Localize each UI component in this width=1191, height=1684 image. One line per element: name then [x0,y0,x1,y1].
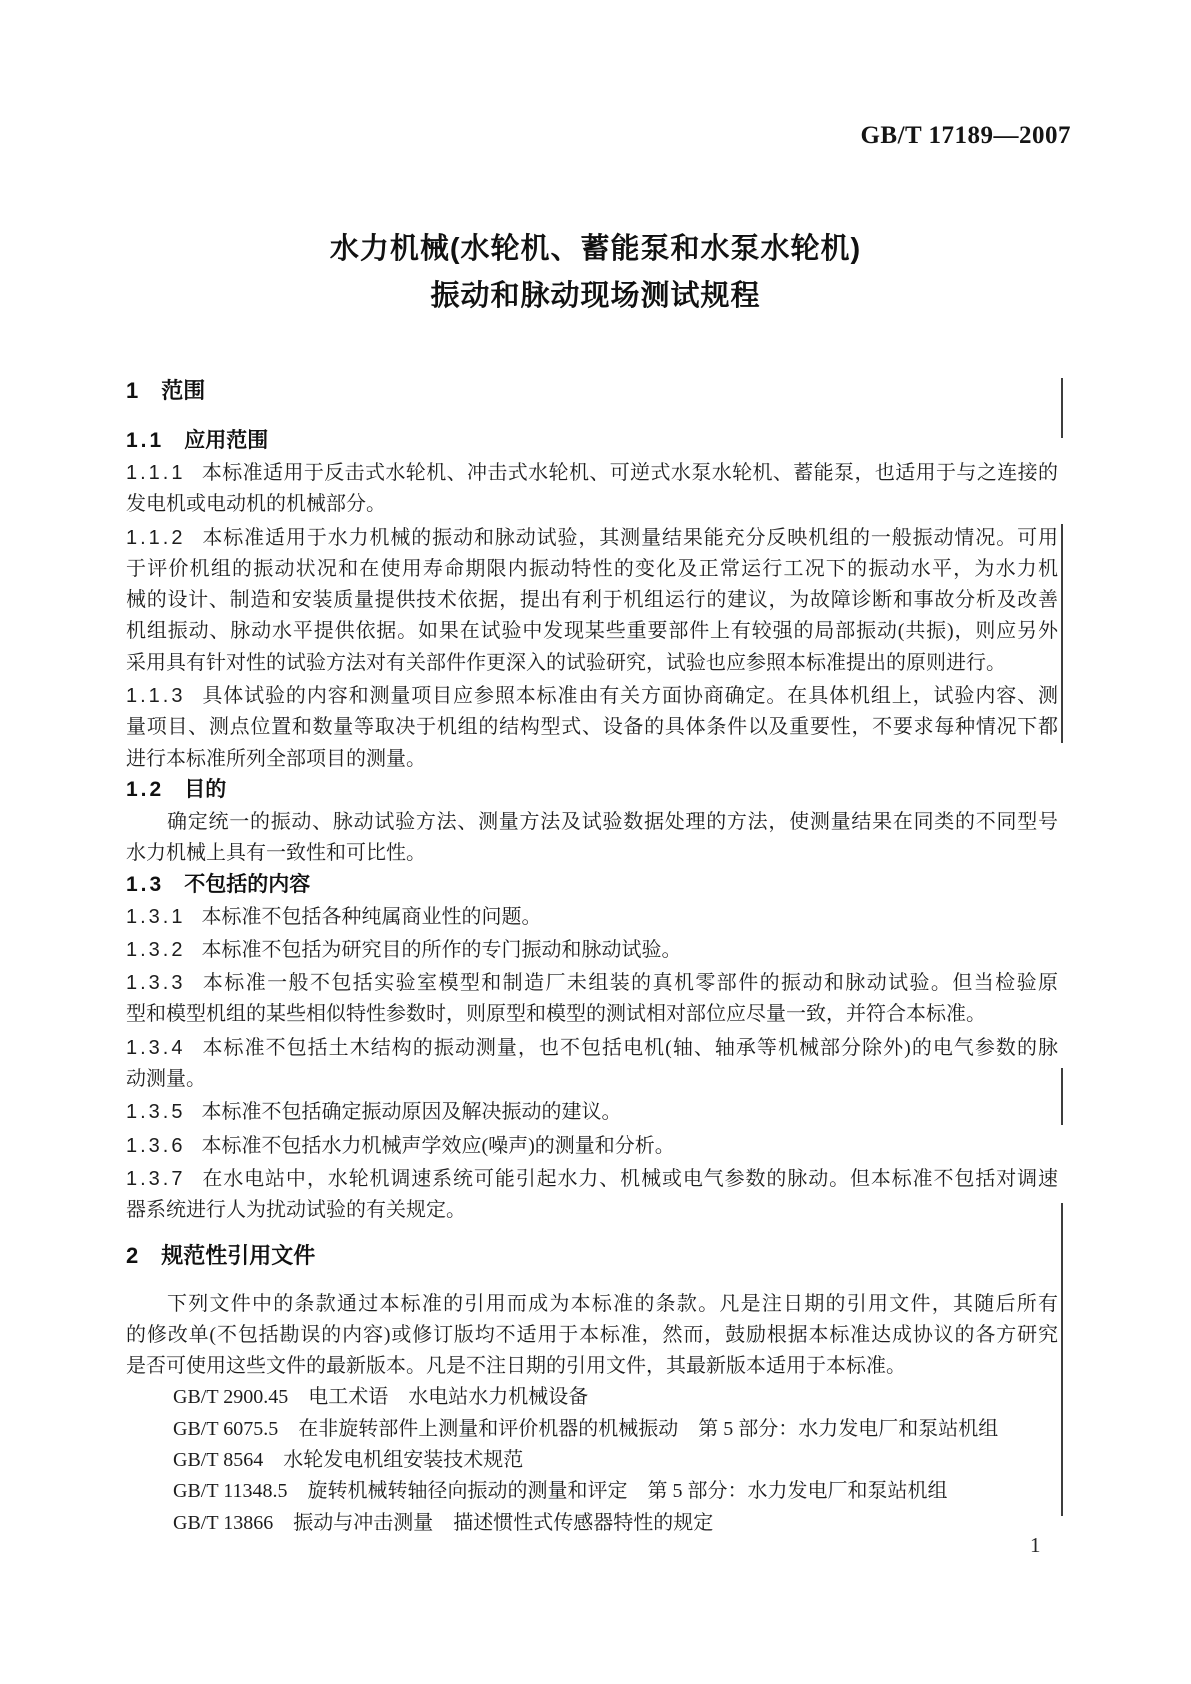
text-line: 1.3.3本标准一般不包括实验室模型和制造厂未组装的真机零部件的振动和脉动试验。… [126,968,1058,999]
text-line: 动测量。 [126,1064,1058,1095]
clause-block: 1.1.1本标准适用于反击式水轮机、冲击式水轮机、可逆式水泵水轮机、蓄能泵，也适… [126,458,1058,521]
heading-number: 2 [126,1243,141,1268]
clause-number: 1.3.2 [126,939,185,961]
page-edge-line [1061,524,1063,743]
content-column: 1范围1.1应用范围1.1.1本标准适用于反击式水轮机、冲击式水轮机、可逆式水泵… [126,374,1058,1539]
clause-number: 1.1.1 [126,462,185,484]
section-heading: 1.3不包括的内容 [126,870,1058,900]
section-heading: 1.1应用范围 [126,426,1058,456]
clause-block: 1.3.6本标准不包括水力机械声学效应(噪声)的测量和分析。 [126,1131,1058,1162]
text-line: 1.1.1本标准适用于反击式水轮机、冲击式水轮机、可逆式水泵水轮机、蓄能泵，也适… [126,458,1058,489]
text-line: 1.3.7在水电站中，水轮机调速系统可能引起水力、机械或电气参数的脉动。但本标准… [126,1164,1058,1195]
paragraph-block: 下列文件中的条款通过本标准的引用而成为本标准的条款。凡是注日期的引用文件，其随后… [126,1289,1058,1383]
document-title: 水力机械(水轮机、蓄能泵和水泵水轮机) 振动和脉动现场测试规程 [0,226,1191,320]
reference-line: GB/T 6075.5 在非旋转部件上测量和评价机器的机械振动 第 5 部分：水… [126,1414,1058,1445]
text-line: 1.1.3具体试验的内容和测量项目应参照本标准由有关方面协商确定。在具体机组上，… [126,681,1058,712]
heading-label: 应用范围 [184,429,268,452]
text-line: 1.1.2本标准适用于水力机械的振动和脉动试验，其测量结果能充分反映机组的一般振… [126,523,1058,554]
clause-block: 1.3.4本标准不包括土木结构的振动测量，也不包括电机(轴、轴承等机械部分除外)… [126,1033,1058,1096]
heading-number: 1 [126,378,141,403]
clause-number: 1.1.3 [126,685,185,707]
clause-text: 具体试验的内容和测量项目应参照本标准由有关方面协商确定。在具体机组上，试验内容、… [201,685,1058,707]
document-title-line2: 振动和脉动现场测试规程 [0,273,1191,320]
reference-entry: GB/T 11348.5 旋转机械转轴径向振动的测量和评定 第 5 部分：水力发… [126,1476,1058,1507]
text-line: 发电机或电动机的机械部分。 [126,489,1058,520]
text-line: 下列文件中的条款通过本标准的引用而成为本标准的条款。凡是注日期的引用文件，其随后… [126,1289,1058,1320]
text-line: 1.3.4本标准不包括土木结构的振动测量，也不包括电机(轴、轴承等机械部分除外)… [126,1033,1058,1064]
document-page: GB/T 17189—2007 水力机械(水轮机、蓄能泵和水泵水轮机) 振动和脉… [0,0,1191,1684]
clause-number: 1.3.1 [126,906,185,928]
text-line: 于评价机组的振动状况和在使用寿命期限内振动特性的变化及正常运行工况下的振动水平，… [126,554,1058,585]
text-line: 确定统一的振动、脉动试验方法、测量方法及试验数据处理的方法，使测量结果在同类的不… [126,807,1058,838]
text-line: 是否可使用这些文件的最新版本。凡是不注日期的引用文件，其最新版本适用于本标准。 [126,1351,1058,1382]
heading-number: 1.3 [126,873,164,896]
clause-block: 1.1.3具体试验的内容和测量项目应参照本标准由有关方面协商确定。在具体机组上，… [126,681,1058,775]
clause-number: 1.3.3 [126,972,185,994]
text-line: 器系统进行人为扰动试验的有关规定。 [126,1195,1058,1226]
page-number: 1 [1030,1533,1041,1558]
section-heading: 1范围 [126,374,1058,408]
page-edge-line [1061,378,1063,438]
reference-entry: GB/T 6075.5 在非旋转部件上测量和评价机器的机械振动 第 5 部分：水… [126,1414,1058,1445]
clause-text: 本标准不包括确定振动原因及解决振动的建议。 [201,1101,621,1123]
clause-text: 本标准一般不包括实验室模型和制造厂未组装的真机零部件的振动和脉动试验。但当检验原 [201,972,1058,994]
section-heading: 2规范性引用文件 [126,1239,1058,1273]
text-line: 机组振动、脉动水平提供依据。如果在试验中发现某些重要部件上有较强的局部振动(共振… [126,616,1058,647]
clause-text: 本标准不包括水力机械声学效应(噪声)的测量和分析。 [201,1135,674,1157]
text-line: 水力机械上具有一致性和可比性。 [126,838,1058,869]
text-line: 1.3.2本标准不包括为研究目的所作的专门振动和脉动试验。 [126,935,1058,966]
text-line: 进行本标准所列全部项目的测量。 [126,744,1058,775]
clause-text: 在水电站中，水轮机调速系统可能引起水力、机械或电气参数的脉动。但本标准不包括对调… [201,1168,1058,1190]
clause-text: 本标准不包括土木结构的振动测量，也不包括电机(轴、轴承等机械部分除外)的电气参数… [201,1037,1058,1059]
reference-line: GB/T 2900.45 电工术语 水电站水力机械设备 [126,1382,1058,1413]
clause-text: 本标准适用于水力机械的振动和脉动试验，其测量结果能充分反映机组的一般振动情况。可… [201,527,1058,549]
clause-number: 1.1.2 [126,527,185,549]
heading-number: 1.1 [126,429,164,452]
reference-entry: GB/T 8564 水轮发电机组安装技术规范 [126,1445,1058,1476]
reference-line: GB/T 11348.5 旋转机械转轴径向振动的测量和评定 第 5 部分：水力发… [126,1476,1058,1507]
text-line: 采用具有针对性的试验方法对有关部件作更深入的试验研究，试验也应参照本标准提出的原… [126,648,1058,679]
clause-number: 1.3.4 [126,1037,185,1059]
clause-block: 1.1.2本标准适用于水力机械的振动和脉动试验，其测量结果能充分反映机组的一般振… [126,523,1058,679]
heading-label: 范围 [161,378,205,403]
reference-line: GB/T 8564 水轮发电机组安装技术规范 [126,1445,1058,1476]
document-title-line1: 水力机械(水轮机、蓄能泵和水泵水轮机) [0,226,1191,273]
text-line: 1.3.6本标准不包括水力机械声学效应(噪声)的测量和分析。 [126,1131,1058,1162]
text-line: 1.3.1本标准不包括各种纯属商业性的问题。 [126,902,1058,933]
clause-number: 1.3.7 [126,1168,185,1190]
clause-text: 本标准不包括为研究目的所作的专门振动和脉动试验。 [201,939,681,961]
heading-label: 目的 [184,778,226,801]
clause-block: 1.3.3本标准一般不包括实验室模型和制造厂未组装的真机零部件的振动和脉动试验。… [126,968,1058,1031]
text-line: 械的设计、制造和安装质量提供技术依据，提出有利于机组运行的建议，为故障诊断和事故… [126,585,1058,616]
clause-block: 1.3.7在水电站中，水轮机调速系统可能引起水力、机械或电气参数的脉动。但本标准… [126,1164,1058,1227]
page-edge-line [1061,1203,1063,1516]
text-line: 型和模型机组的某些相似特性参数时，则原型和模型的测试相对部位应尽量一致，并符合本… [126,999,1058,1030]
clause-number: 1.3.6 [126,1135,185,1157]
reference-entry: GB/T 2900.45 电工术语 水电站水力机械设备 [126,1382,1058,1413]
clause-number: 1.3.5 [126,1101,185,1123]
reference-line: GB/T 13866 振动与冲击测量 描述惯性式传感器特性的规定 [126,1508,1058,1539]
heading-number: 1.2 [126,778,164,801]
clause-text: 本标准不包括各种纯属商业性的问题。 [201,906,541,928]
clause-block: 1.3.1本标准不包括各种纯属商业性的问题。 [126,902,1058,933]
text-line: 1.3.5本标准不包括确定振动原因及解决振动的建议。 [126,1097,1058,1128]
heading-label: 不包括的内容 [184,873,310,896]
heading-label: 规范性引用文件 [161,1243,315,1268]
text-line: 量项目、测点位置和数量等取决于机组的结构型式、设备的具体条件以及重要性，不要求每… [126,712,1058,743]
clause-block: 1.3.2本标准不包括为研究目的所作的专门振动和脉动试验。 [126,935,1058,966]
clause-text: 本标准适用于反击式水轮机、冲击式水轮机、可逆式水泵水轮机、蓄能泵，也适用于与之连… [201,462,1058,484]
section-heading: 1.2目的 [126,775,1058,805]
standard-code-header: GB/T 17189—2007 [860,122,1071,150]
reference-entry: GB/T 13866 振动与冲击测量 描述惯性式传感器特性的规定 [126,1508,1058,1539]
clause-block: 1.3.5本标准不包括确定振动原因及解决振动的建议。 [126,1097,1058,1128]
paragraph-block: 确定统一的振动、脉动试验方法、测量方法及试验数据处理的方法，使测量结果在同类的不… [126,807,1058,870]
text-line: 的修改单(不包括勘误的内容)或修订版均不适用于本标准，然而，鼓励根据本标准达成协… [126,1320,1058,1351]
page-edge-line [1061,1068,1063,1125]
